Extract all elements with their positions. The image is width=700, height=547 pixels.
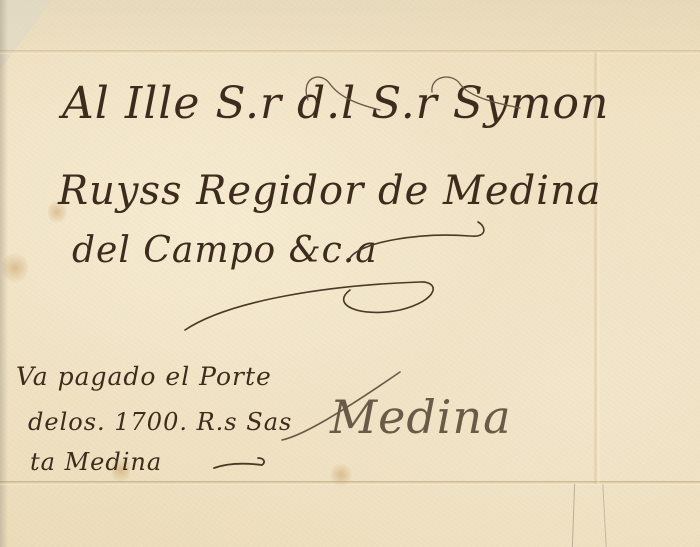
address-line-2: Ruyss Regidor de Medina [58, 168, 602, 214]
postal-note-line-3: ta Medina [30, 448, 162, 476]
stain [2, 250, 28, 286]
medina-mark: Medina [330, 390, 512, 444]
address-line-3: del Campo &c.a [72, 230, 378, 271]
top-flap [0, 0, 700, 52]
crease-line [572, 484, 575, 547]
stain [330, 462, 352, 488]
postal-note-line-2: delos. 1700. R.s Sas [28, 408, 292, 436]
address-line-1: Al Ille S.r d.l S.r Symon [62, 78, 609, 129]
letter-sheet: Al Ille S.r d.l S.r Symon Ruyss Regidor … [0, 0, 700, 547]
postal-note-line-1: Va pagado el Porte [16, 362, 272, 391]
crease-line [602, 484, 606, 547]
